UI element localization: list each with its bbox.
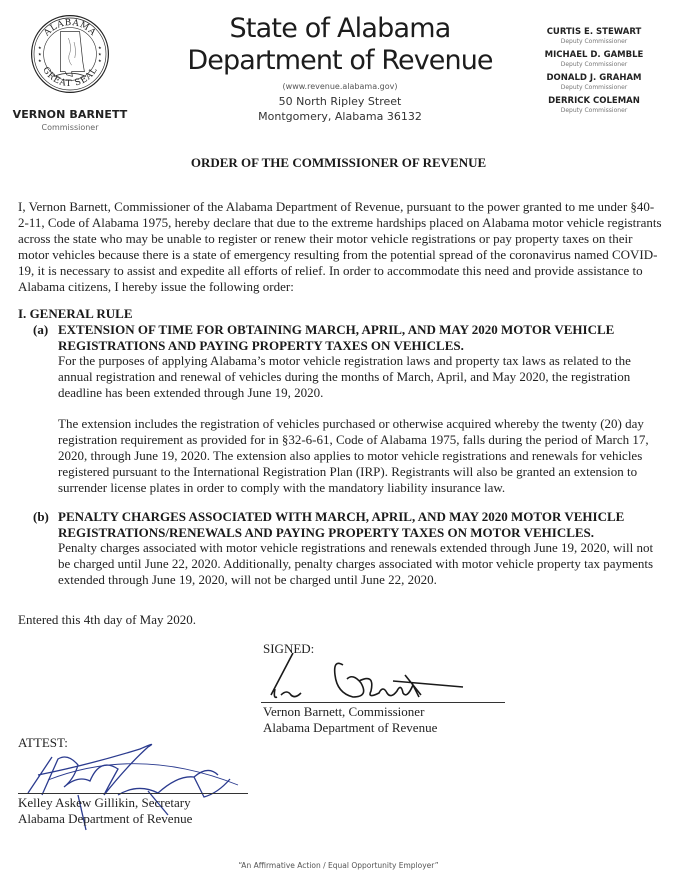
commissioner-title: Commissioner bbox=[0, 123, 140, 132]
deputy-title: Deputy Commissioner bbox=[530, 107, 658, 115]
agency-website: (www.revenue.alabama.gov) bbox=[180, 82, 500, 91]
signature-line bbox=[18, 793, 248, 794]
deputy-name: CURTIS E. STEWART bbox=[530, 27, 658, 38]
svg-text:★: ★ bbox=[98, 52, 102, 57]
deputy-commissioners-list: CURTIS E. STEWART Deputy Commissioner MI… bbox=[530, 27, 658, 119]
subsection-a-heading: EXTENSION OF TIME FOR OBTAINING MARCH, A… bbox=[58, 322, 658, 353]
deputy-entry: MICHAEL D. GAMBLE Deputy Commissioner bbox=[530, 50, 658, 73]
address-city: Montgomery, Alabama 36132 bbox=[180, 110, 500, 123]
svg-text:★: ★ bbox=[38, 45, 42, 50]
address-street: 50 North Ripley Street bbox=[180, 95, 500, 108]
deputy-entry: DERRICK COLEMAN Deputy Commissioner bbox=[530, 96, 658, 119]
signer-name: Kelley Askew Gillikin, Secretary bbox=[18, 795, 192, 811]
agency-title-department: Department of Revenue bbox=[170, 46, 510, 76]
signer-organization: Alabama Department of Revenue bbox=[263, 720, 437, 736]
deputy-title: Deputy Commissioner bbox=[530, 84, 658, 92]
subsection-b-paragraph-1: Penalty charges associated with motor ve… bbox=[58, 540, 663, 588]
signer-organization: Alabama Department of Revenue bbox=[18, 811, 192, 827]
section-heading: I. GENERAL RULE bbox=[18, 306, 133, 322]
svg-text:★: ★ bbox=[98, 45, 102, 50]
subsection-b-label: (b) bbox=[33, 509, 49, 525]
deputy-entry: DONALD J. GRAHAM Deputy Commissioner bbox=[530, 73, 658, 96]
svg-text:★: ★ bbox=[98, 58, 102, 63]
deputy-title: Deputy Commissioner bbox=[530, 38, 658, 46]
svg-text:★: ★ bbox=[38, 52, 42, 57]
subsection-a-label: (a) bbox=[33, 322, 48, 338]
commissioner-signature-block: Vernon Barnett, Commissioner Alabama Dep… bbox=[263, 704, 437, 736]
agency-title-state: State of Alabama bbox=[180, 14, 500, 44]
deputy-name: DONALD J. GRAHAM bbox=[530, 73, 658, 84]
footer-eoe-statement: “An Affirmative Action / Equal Opportuni… bbox=[0, 861, 677, 870]
alabama-great-seal-icon: ALABAMA GREAT SEAL ★ ★ ★ ★ ★ ★ bbox=[30, 14, 110, 94]
section-title: GENERAL RULE bbox=[30, 306, 133, 321]
deputy-name: MICHAEL D. GAMBLE bbox=[530, 50, 658, 61]
document-page: ALABAMA GREAT SEAL ★ ★ ★ ★ ★ ★ VERNON BA… bbox=[0, 0, 677, 887]
svg-text:★: ★ bbox=[38, 58, 42, 63]
subsection-b-heading: PENALTY CHARGES ASSOCIATED WITH MARCH, A… bbox=[58, 509, 658, 540]
entered-date: Entered this 4th day of May 2020. bbox=[18, 612, 196, 628]
signer-name: Vernon Barnett, Commissioner bbox=[263, 704, 437, 720]
subsection-a-paragraph-2: The extension includes the registration … bbox=[58, 416, 663, 496]
order-heading: ORDER OF THE COMMISSIONER OF REVENUE bbox=[0, 155, 677, 171]
commissioner-name: VERNON BARNETT bbox=[0, 108, 140, 121]
deputy-name: DERRICK COLEMAN bbox=[530, 96, 658, 107]
intro-paragraph: I, Vernon Barnett, Commissioner of the A… bbox=[18, 199, 663, 294]
secretary-signature-block: Kelley Askew Gillikin, Secretary Alabama… bbox=[18, 795, 192, 827]
subsection-a-paragraph-1: For the purposes of applying Alabama’s m… bbox=[58, 353, 663, 401]
signature-line bbox=[261, 702, 505, 703]
section-label: I. bbox=[18, 306, 26, 321]
commissioner-signature bbox=[263, 645, 483, 705]
deputy-title: Deputy Commissioner bbox=[530, 61, 658, 69]
deputy-entry: CURTIS E. STEWART Deputy Commissioner bbox=[530, 27, 658, 50]
